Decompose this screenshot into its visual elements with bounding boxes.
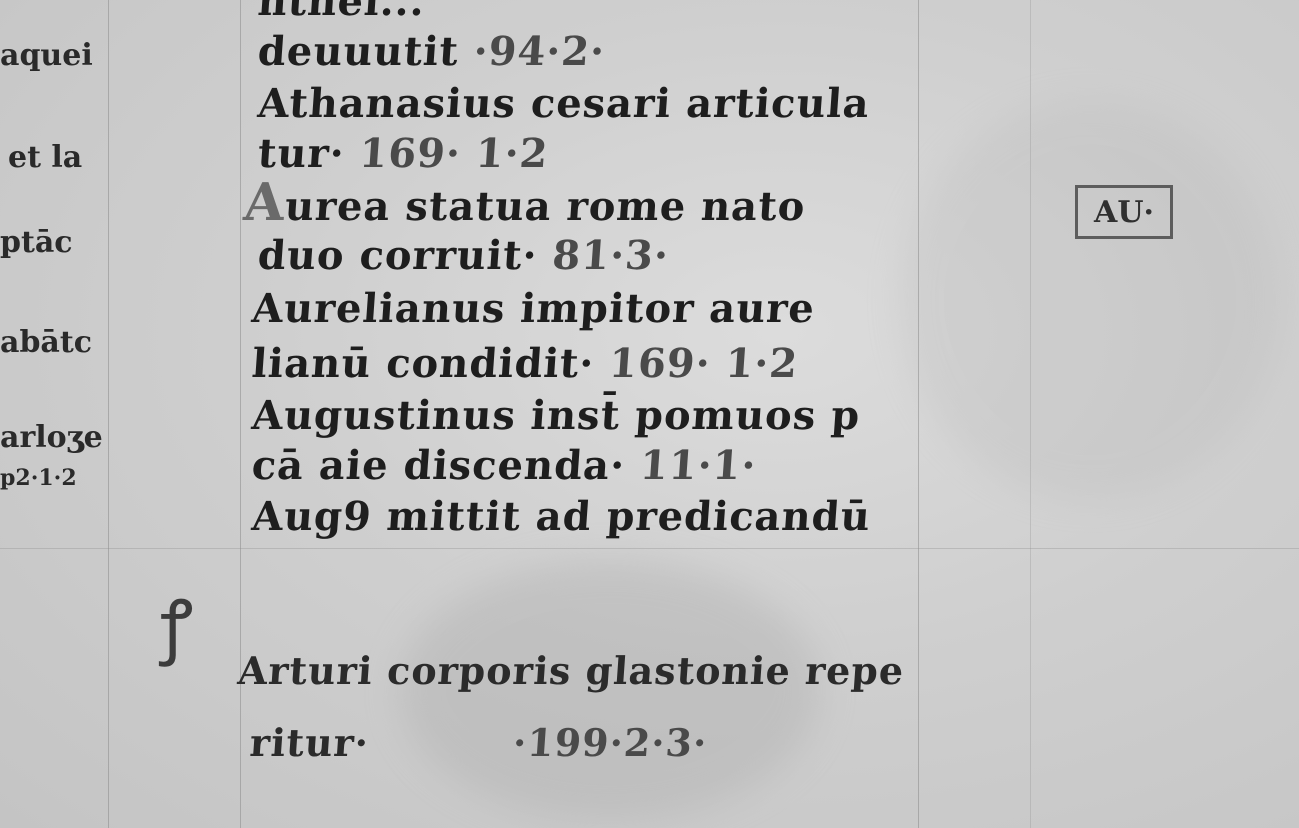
left-column-line: abātc <box>0 325 92 360</box>
line-text: lianū condidit· <box>250 340 596 387</box>
ruling-line <box>918 0 919 828</box>
line-text: ritur· <box>248 720 370 765</box>
reference-numeral: ·199·2·3· <box>512 720 709 765</box>
line-text: urea statua rome nato <box>283 183 807 230</box>
ruling-line <box>240 0 241 828</box>
text-line: duo corruit· 81·3· <box>256 232 670 279</box>
line-text: cā aie discenda· <box>250 442 626 489</box>
reference-numeral: 169· 1·2 <box>358 130 550 177</box>
left-column-line: ptāc <box>0 225 73 260</box>
reference-numeral: 169· 1·2 <box>608 340 800 387</box>
line-text: Aurelianus impitor aure <box>250 285 816 332</box>
reference-numeral: ·94·2· <box>472 28 607 75</box>
text-line: lianū condidit· 169· 1·2 <box>250 340 799 387</box>
left-column-line: p2·1·2 <box>0 465 77 491</box>
margin-mark-icon: ꝭ <box>160 575 193 671</box>
text-line: Arturi corporis glastonie repe <box>236 648 905 693</box>
ruling-line <box>1030 0 1031 828</box>
reference-numeral: 81·3· <box>551 232 671 279</box>
decorated-initial: A <box>242 172 288 233</box>
text-line: Augustinus inst̄ pomuos p <box>250 392 862 439</box>
ruling-line <box>0 548 1299 549</box>
line-text: deuuutit <box>256 28 460 75</box>
text-line: cā aie discenda· 11·1· <box>250 442 758 489</box>
left-column-line: aquei <box>0 38 93 73</box>
text-line: tur· 169· 1·2 <box>256 130 550 177</box>
text-line: Aug9 mittit ad predicandū <box>250 493 872 540</box>
line-text: Aug9 mittit ad predicandū <box>250 493 872 540</box>
text-line: nthei... <box>256 0 426 25</box>
line-text: tur· <box>256 130 346 177</box>
margin-box-note: AU· <box>1075 185 1173 239</box>
text-line: Athanasius cesari articula <box>256 80 871 127</box>
text-line: ritur· ·199·2·3· <box>248 720 708 765</box>
text-line: deuuutit ·94·2· <box>256 28 606 75</box>
text-line: Aurea statua rome nato <box>242 172 808 233</box>
ruling-line <box>108 0 109 828</box>
line-text: Arturi corporis glastonie repe <box>236 648 905 693</box>
text-line: Aurelianus impitor aure <box>250 285 816 332</box>
margin-box-text: AU· <box>1094 195 1154 230</box>
line-text: Augustinus inst̄ pomuos p <box>250 392 862 439</box>
left-column-line: et la <box>8 140 82 175</box>
reference-numeral: 11·1· <box>638 442 758 489</box>
line-text: nthei... <box>256 0 426 25</box>
line-text: duo corruit· <box>256 232 539 279</box>
left-column-line: arloʒe <box>0 420 103 455</box>
line-text: Athanasius cesari articula <box>256 80 871 127</box>
